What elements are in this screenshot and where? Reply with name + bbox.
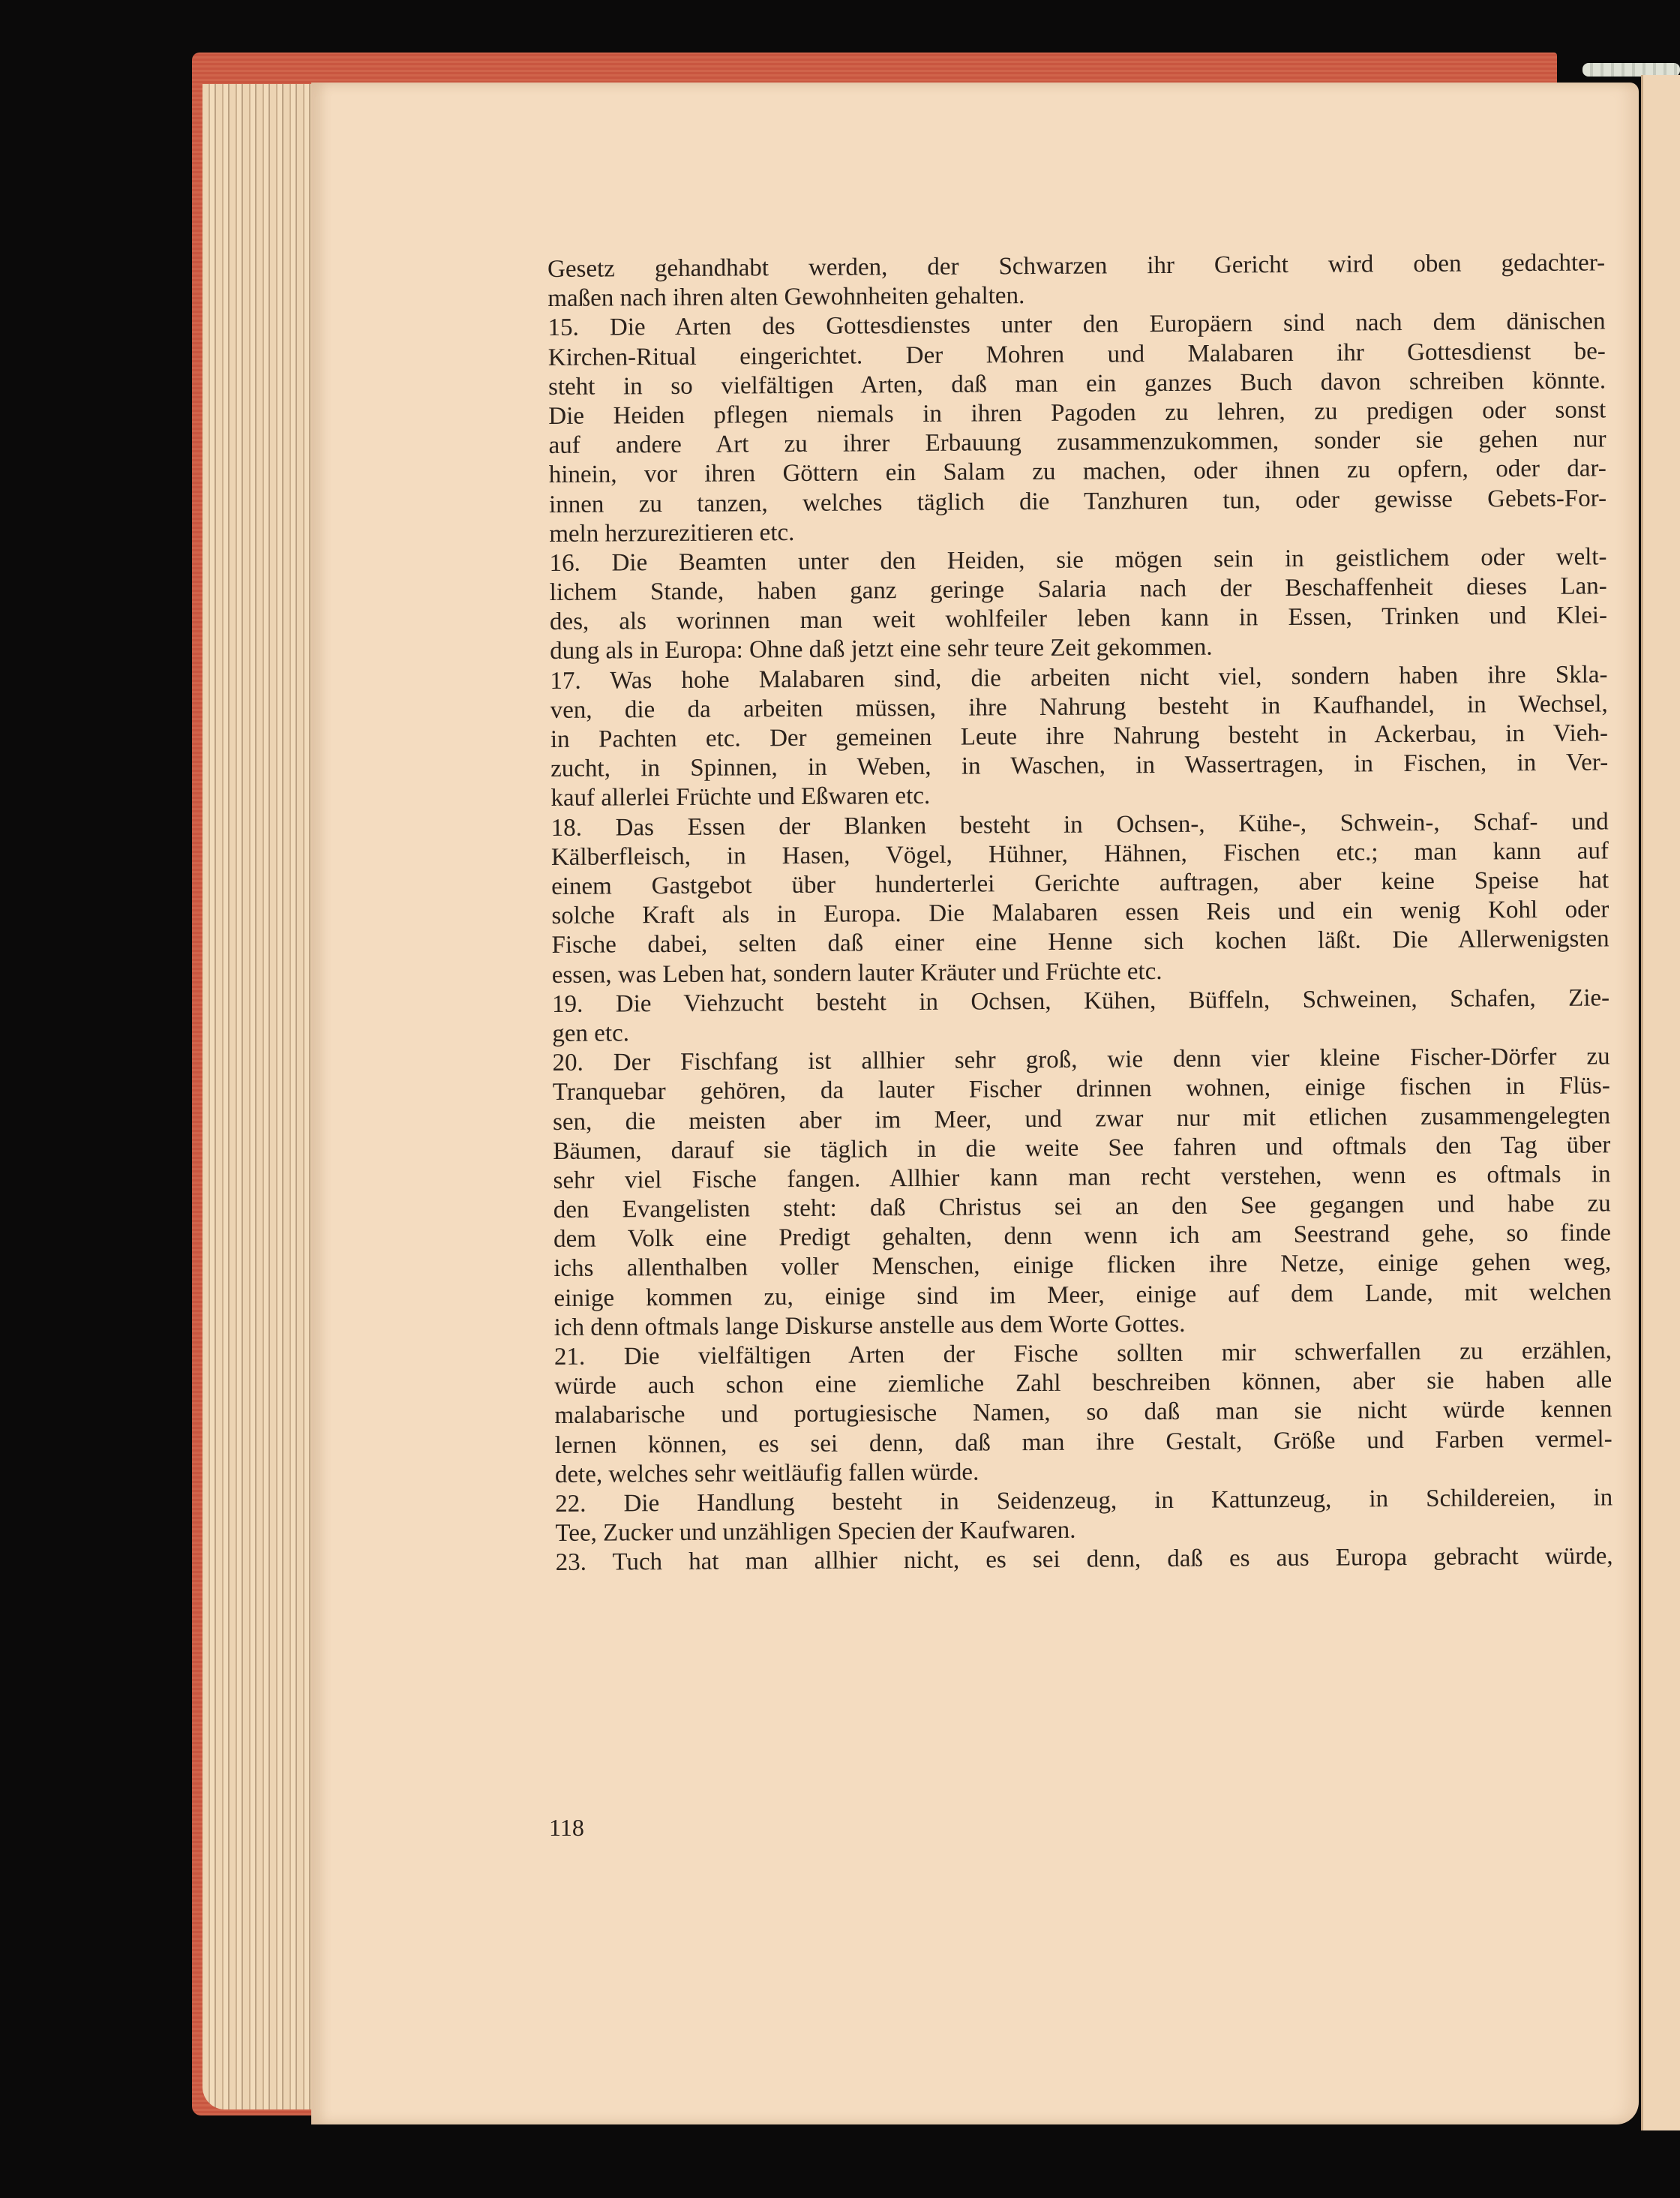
adjacent-page-edge — [1641, 75, 1680, 2130]
page-number: 118 — [549, 1814, 584, 1842]
body-text: Gesetz gehandhabt werden, der Schwarzen … — [547, 248, 1613, 1578]
page-fore-edge — [202, 84, 322, 2109]
